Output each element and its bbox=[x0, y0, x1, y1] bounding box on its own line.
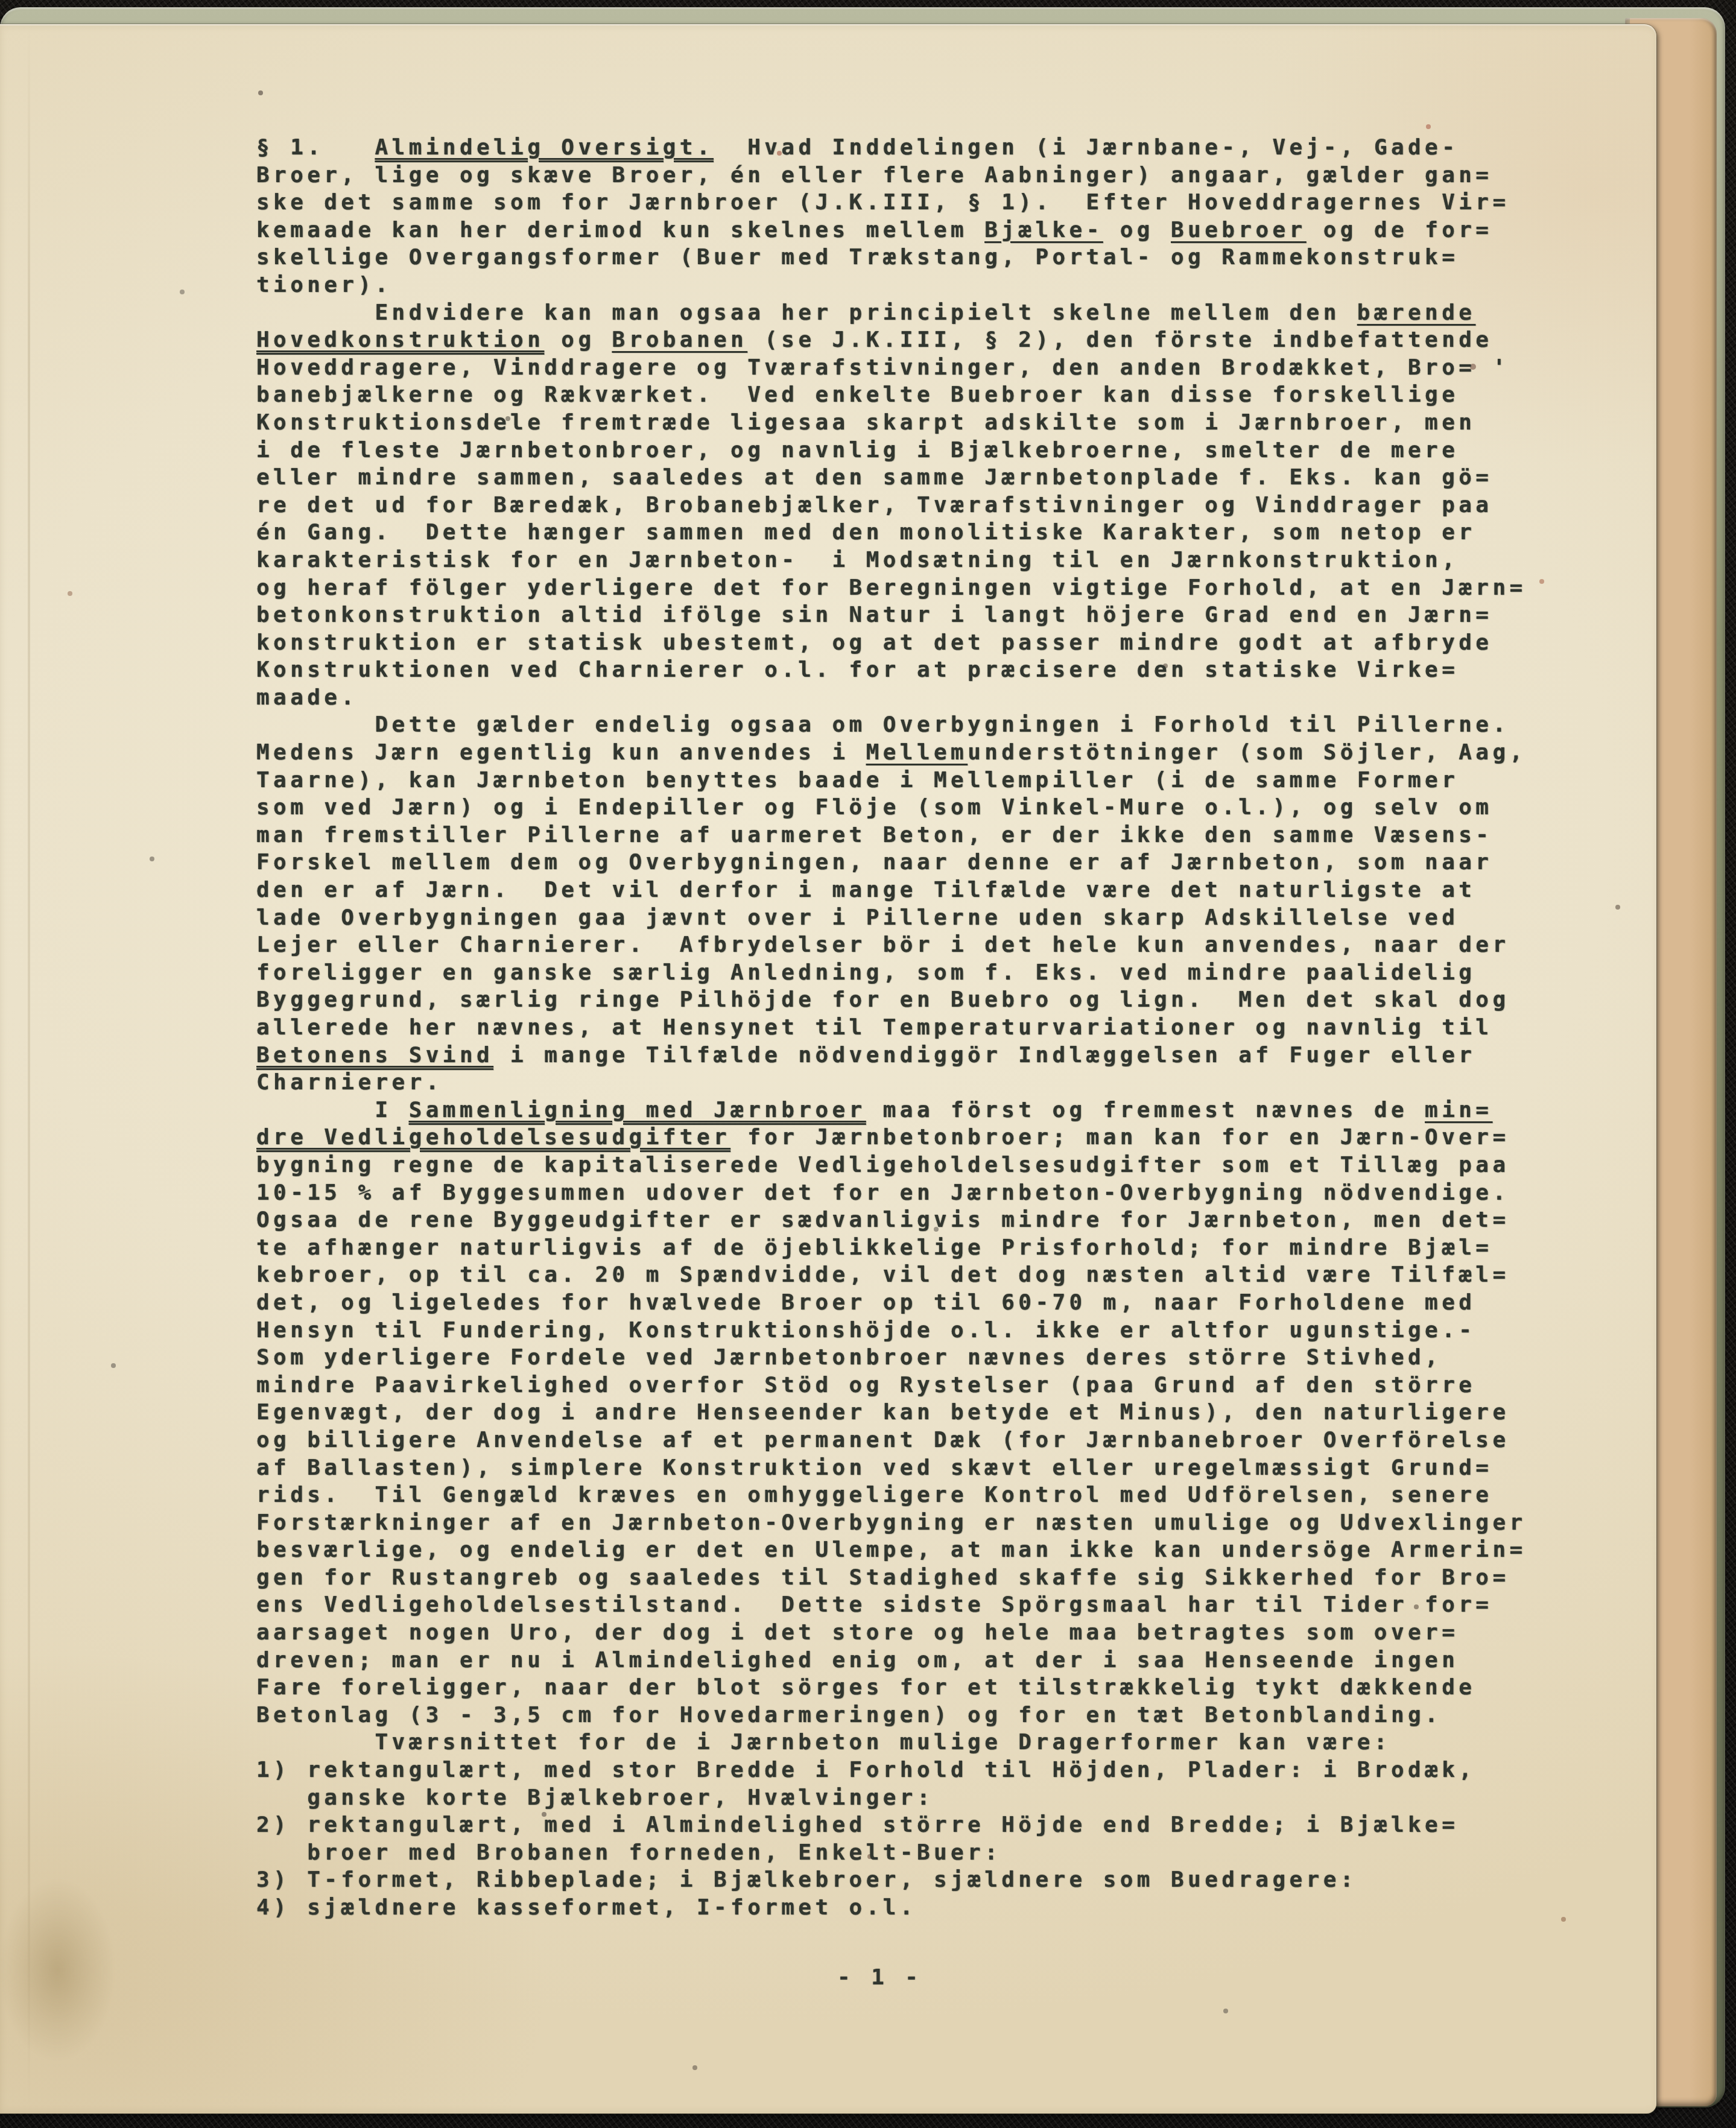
text-line: besværlige, og endelig er det en Ulempe,… bbox=[256, 1536, 1527, 1564]
text-line: af Ballasten), simplere Konstruktion ved… bbox=[256, 1454, 1527, 1482]
paper-stain bbox=[0, 1879, 115, 2060]
text-line: 10-15 % af Byggesummen udover det for en… bbox=[256, 1179, 1527, 1207]
text-line: foreligger en ganske særlig Anledning, s… bbox=[256, 959, 1527, 987]
text-line: Konstruktionen ved Charnierer o.l. for a… bbox=[256, 656, 1527, 684]
text-line: Betonlag (3 - 3,5 cm for Hovedarmeringen… bbox=[256, 1702, 1527, 1729]
text-line: konstruktion er statisk ubestemt, og at … bbox=[256, 629, 1527, 657]
text-line: Taarne), kan Jærnbeton benyttes baade i … bbox=[256, 767, 1527, 794]
text-line: Dette gælder endelig ogsaa om Overbygnin… bbox=[256, 711, 1527, 739]
text-line: rids. Til Gengæld kræves en omhyggeliger… bbox=[256, 1481, 1527, 1509]
text-line: broer med Brobanen forneden, Enkelt-Buer… bbox=[256, 1839, 1527, 1867]
text-line: Byggegrund, særlig ringe Pilhöjde for en… bbox=[256, 986, 1527, 1014]
text-line: kemaade kan her derimod kun skelnes mell… bbox=[256, 217, 1527, 244]
text-line: maade. bbox=[256, 684, 1527, 712]
text-line: Konstruktionsdele fremtræde ligesaa skar… bbox=[256, 409, 1527, 437]
text-line: skellige Overgangsformer (Buer med Træks… bbox=[256, 244, 1527, 271]
text-line: Ogsaa de rene Byggeudgifter er sædvanlig… bbox=[256, 1206, 1527, 1234]
text-line: § 1. Almindelig Oversigt. Hvad Inddeling… bbox=[256, 134, 1527, 162]
text-line: dre Vedligeholdelsesudgifter for Jærnbet… bbox=[256, 1124, 1527, 1151]
text-line: Forstærkninger af en Jærnbeton-Overbygni… bbox=[256, 1509, 1527, 1537]
text-line: som ved Jærn) og i Endepiller og Flöje (… bbox=[256, 794, 1527, 822]
text-line: Betonens Svind i mange Tilfælde nödvendi… bbox=[256, 1042, 1527, 1069]
scanned-book-photo: § 1. Almindelig Oversigt. Hvad Inddeling… bbox=[0, 0, 1736, 2128]
text-line: Endvidere kan man ogsaa her principielt … bbox=[256, 299, 1527, 327]
text-line: lade Overbygningen gaa jævnt over i Pill… bbox=[256, 904, 1527, 932]
text-line: man fremstiller Pillerne af uarmeret Bet… bbox=[256, 822, 1527, 849]
text-line: 4) sjældnere kasseformet, I-formet o.l. bbox=[256, 1894, 1527, 1922]
page-number: - 1 - bbox=[837, 1965, 922, 1990]
text-line: i de fleste Jærnbetonbroer, og navnlig i… bbox=[256, 437, 1527, 464]
text-line: det, og ligeledes for hvælvede Broer op … bbox=[256, 1289, 1527, 1317]
text-line: karakteristisk for en Jærnbeton- i Modsæ… bbox=[256, 546, 1527, 574]
text-line: Fare foreligger, naar der blot sörges fo… bbox=[256, 1674, 1527, 1702]
text-line: Hovedkonstruktion og Brobanen (se J.K.II… bbox=[256, 326, 1527, 354]
text-line: aarsaget nogen Uro, der dog i det store … bbox=[256, 1619, 1527, 1647]
text-line: kebroer, op til ca. 20 m Spændvidde, vil… bbox=[256, 1261, 1527, 1289]
text-line: betonkonstruktion altid ifölge sin Natur… bbox=[256, 601, 1527, 629]
text-line: te afhænger naturligvis af de öjeblikkel… bbox=[256, 1234, 1527, 1262]
text-line: Charnierer. bbox=[256, 1069, 1527, 1097]
text-line: eller mindre sammen, saaledes at den sam… bbox=[256, 464, 1527, 492]
text-line: bygning regne de kapitaliserede Vedligeh… bbox=[256, 1151, 1527, 1179]
text-line: allerede her nævnes, at Hensynet til Tem… bbox=[256, 1014, 1527, 1042]
text-line: ens Vedligeholdelsestilstand. Dette sids… bbox=[256, 1591, 1527, 1619]
text-line: Lejer eller Charnierer. Afbrydelser bör … bbox=[256, 931, 1527, 959]
text-line: den er af Jærn. Det vil derfor i mange T… bbox=[256, 876, 1527, 904]
text-line: 1) rektangulært, med stor Bredde i Forho… bbox=[256, 1756, 1527, 1784]
text-line: Som yderligere Fordele ved Jærnbetonbroe… bbox=[256, 1344, 1527, 1372]
text-line: Medens Jærn egentlig kun anvendes i Mell… bbox=[256, 739, 1527, 767]
text-line: re det ud for Bæredæk, Brobanebjælker, T… bbox=[256, 492, 1527, 519]
text-line: og billigere Anvendelse af et permanent … bbox=[256, 1427, 1527, 1454]
text-line: tioner). bbox=[256, 271, 1527, 299]
text-line: Forskel mellem dem og Overbygningen, naa… bbox=[256, 849, 1527, 876]
text-line: ganske korte Bjælkebroer, Hvælvinger: bbox=[256, 1784, 1527, 1812]
text-line: gen for Rustangreb og saaledes til Stadi… bbox=[256, 1564, 1527, 1592]
text-line: Broer, lige og skæve Broer, én eller fle… bbox=[256, 162, 1527, 189]
text-line: Hensyn til Fundering, Konstruktionshöjde… bbox=[256, 1317, 1527, 1344]
text-line: I Sammenligning med Jærnbroer maa först … bbox=[256, 1097, 1527, 1124]
text-line: og heraf fölger yderligere det for Bereg… bbox=[256, 574, 1527, 602]
text-line: mindre Paavirkelighed overfor Stöd og Ry… bbox=[256, 1372, 1527, 1399]
text-line: Tværsnittet for de i Jærnbeton mulige Dr… bbox=[256, 1729, 1527, 1756]
text-line: Hoveddragere, Vinddragere og Tværafstivn… bbox=[256, 354, 1527, 382]
text-line: banebjælkerne og Rækværket. Ved enkelte … bbox=[256, 381, 1527, 409]
text-line: 3) T-formet, Ribbeplade; i Bjælkebroer, … bbox=[256, 1866, 1527, 1894]
typewritten-text: § 1. Almindelig Oversigt. Hvad Inddeling… bbox=[256, 134, 1527, 1922]
text-line: 2) rektangulært, med i Almindelighed stö… bbox=[256, 1811, 1527, 1839]
text-line: dreven; man er nu i Almindelighed enig o… bbox=[256, 1647, 1527, 1674]
text-line: Egenvægt, der dog i andre Henseender kan… bbox=[256, 1399, 1527, 1427]
text-line: én Gang. Dette hænger sammen med den mon… bbox=[256, 519, 1527, 546]
text-line: ske det samme som for Jærnbroer (J.K.III… bbox=[256, 189, 1527, 217]
binding-crease bbox=[28, 24, 30, 2114]
